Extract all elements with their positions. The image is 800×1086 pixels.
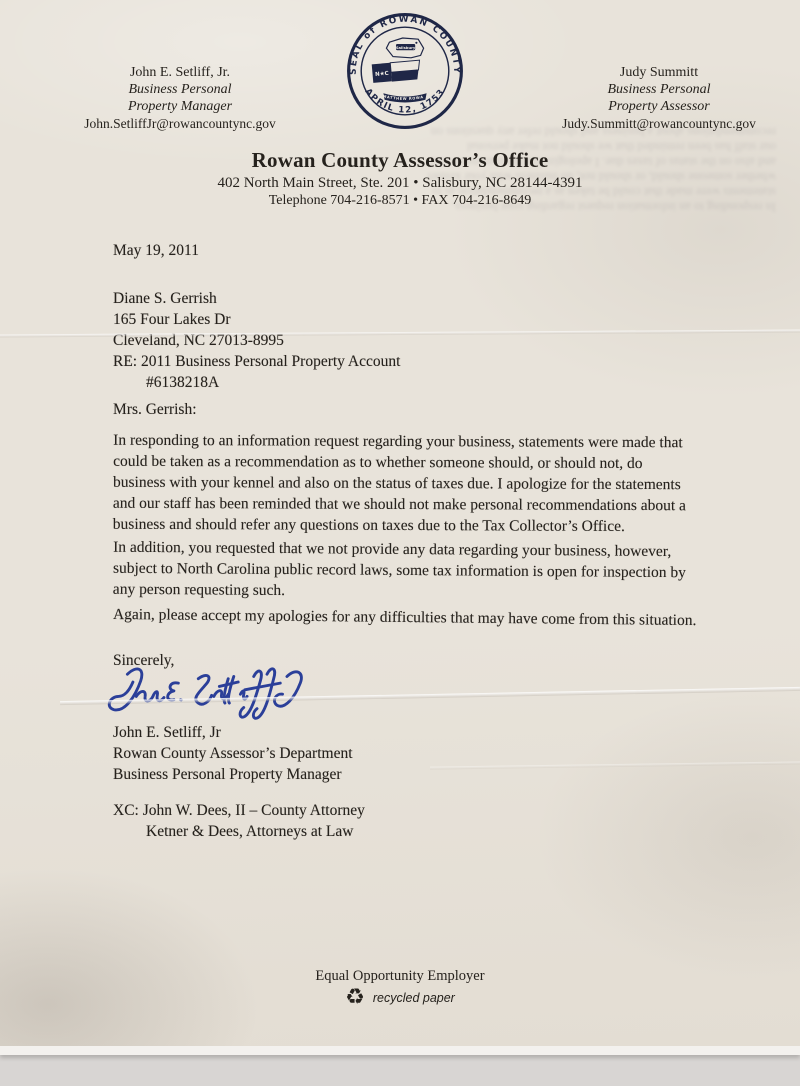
svg-text:Salisbury: Salisbury <box>396 46 416 50</box>
cc-line-1: XC: John W. Dees, II – County Attorney <box>113 800 697 821</box>
account-number: #6138218A <box>113 372 697 393</box>
signature-block: John E. Setliff, Jr Rowan County Assesso… <box>113 722 697 785</box>
subject-block: RE: 2011 Business Personal Property Acco… <box>113 351 697 393</box>
signer-title: Business Personal Property Manager <box>113 764 697 785</box>
recipient-address-block: Diane S. Gerrish 165 Four Lakes Dr Cleve… <box>113 288 697 351</box>
letterhead-contact-left: John E. Setliff, Jr. Business Personal P… <box>34 64 326 132</box>
office-title: Rowan County Assessor’s Office <box>0 148 800 173</box>
recipient-citystate: Cleveland, NC 27013-8995 <box>113 330 697 351</box>
office-phone-line: Telephone 704-216-8571 • FAX 704-216-864… <box>0 193 800 209</box>
recycle-label: recycled paper <box>373 991 455 1005</box>
letter-date: May 19, 2011 <box>113 240 697 261</box>
contact-name: John E. Setliff, Jr. <box>34 64 326 81</box>
contact-name: Judy Summitt <box>528 64 790 81</box>
signature-ink <box>103 663 308 721</box>
nc-flag: N★C <box>372 60 421 83</box>
contact-title: Property Assessor <box>528 98 790 115</box>
recycle-icon: ♻ <box>345 987 365 1009</box>
recycled-paper-note: ♻ recycled paper <box>0 987 800 1009</box>
contact-email: Judy.Summitt@rowancountync.gov <box>528 115 790 132</box>
salutation: Mrs. Gerrish: <box>113 399 697 420</box>
letter-page: In responding to an information request … <box>0 0 800 1055</box>
body-paragraph-2: In addition, you requested that we not p… <box>113 537 697 605</box>
body-paragraph-3: Again, please accept my apologies for an… <box>113 604 697 631</box>
contact-title: Business Personal <box>528 81 790 98</box>
signer-dept: Rowan County Assessor’s Department <box>113 743 697 764</box>
equal-opportunity-text: Equal Opportunity Employer <box>0 968 800 985</box>
office-address-line: 402 North Main Street, Ste. 201 • Salisb… <box>0 175 800 192</box>
county-seal-icon: SEAL of ROWAN COUNTY APRIL 12, 1753 Sali… <box>345 11 465 131</box>
recipient-street: 165 Four Lakes Dr <box>113 309 697 330</box>
subject-line: RE: 2011 Business Personal Property Acco… <box>113 351 697 372</box>
scanned-letter: In responding to an information request … <box>0 0 800 1086</box>
cc-block: XC: John W. Dees, II – County Attorney K… <box>113 800 697 842</box>
signer-name: John E. Setliff, Jr <box>113 722 697 743</box>
contact-title: Business Personal <box>34 81 326 98</box>
cc-line-2: Ketner & Dees, Attorneys at Law <box>113 821 697 842</box>
letterhead-contact-right: Judy Summitt Business Personal Property … <box>528 64 790 132</box>
recipient-name: Diane S. Gerrish <box>113 288 697 309</box>
body-paragraph-1: In responding to an information request … <box>113 430 697 538</box>
contact-title: Property Manager <box>34 98 326 115</box>
contact-email: John.SetliffJr@rowancountync.gov <box>34 115 326 132</box>
svg-text:N★C: N★C <box>375 71 389 78</box>
